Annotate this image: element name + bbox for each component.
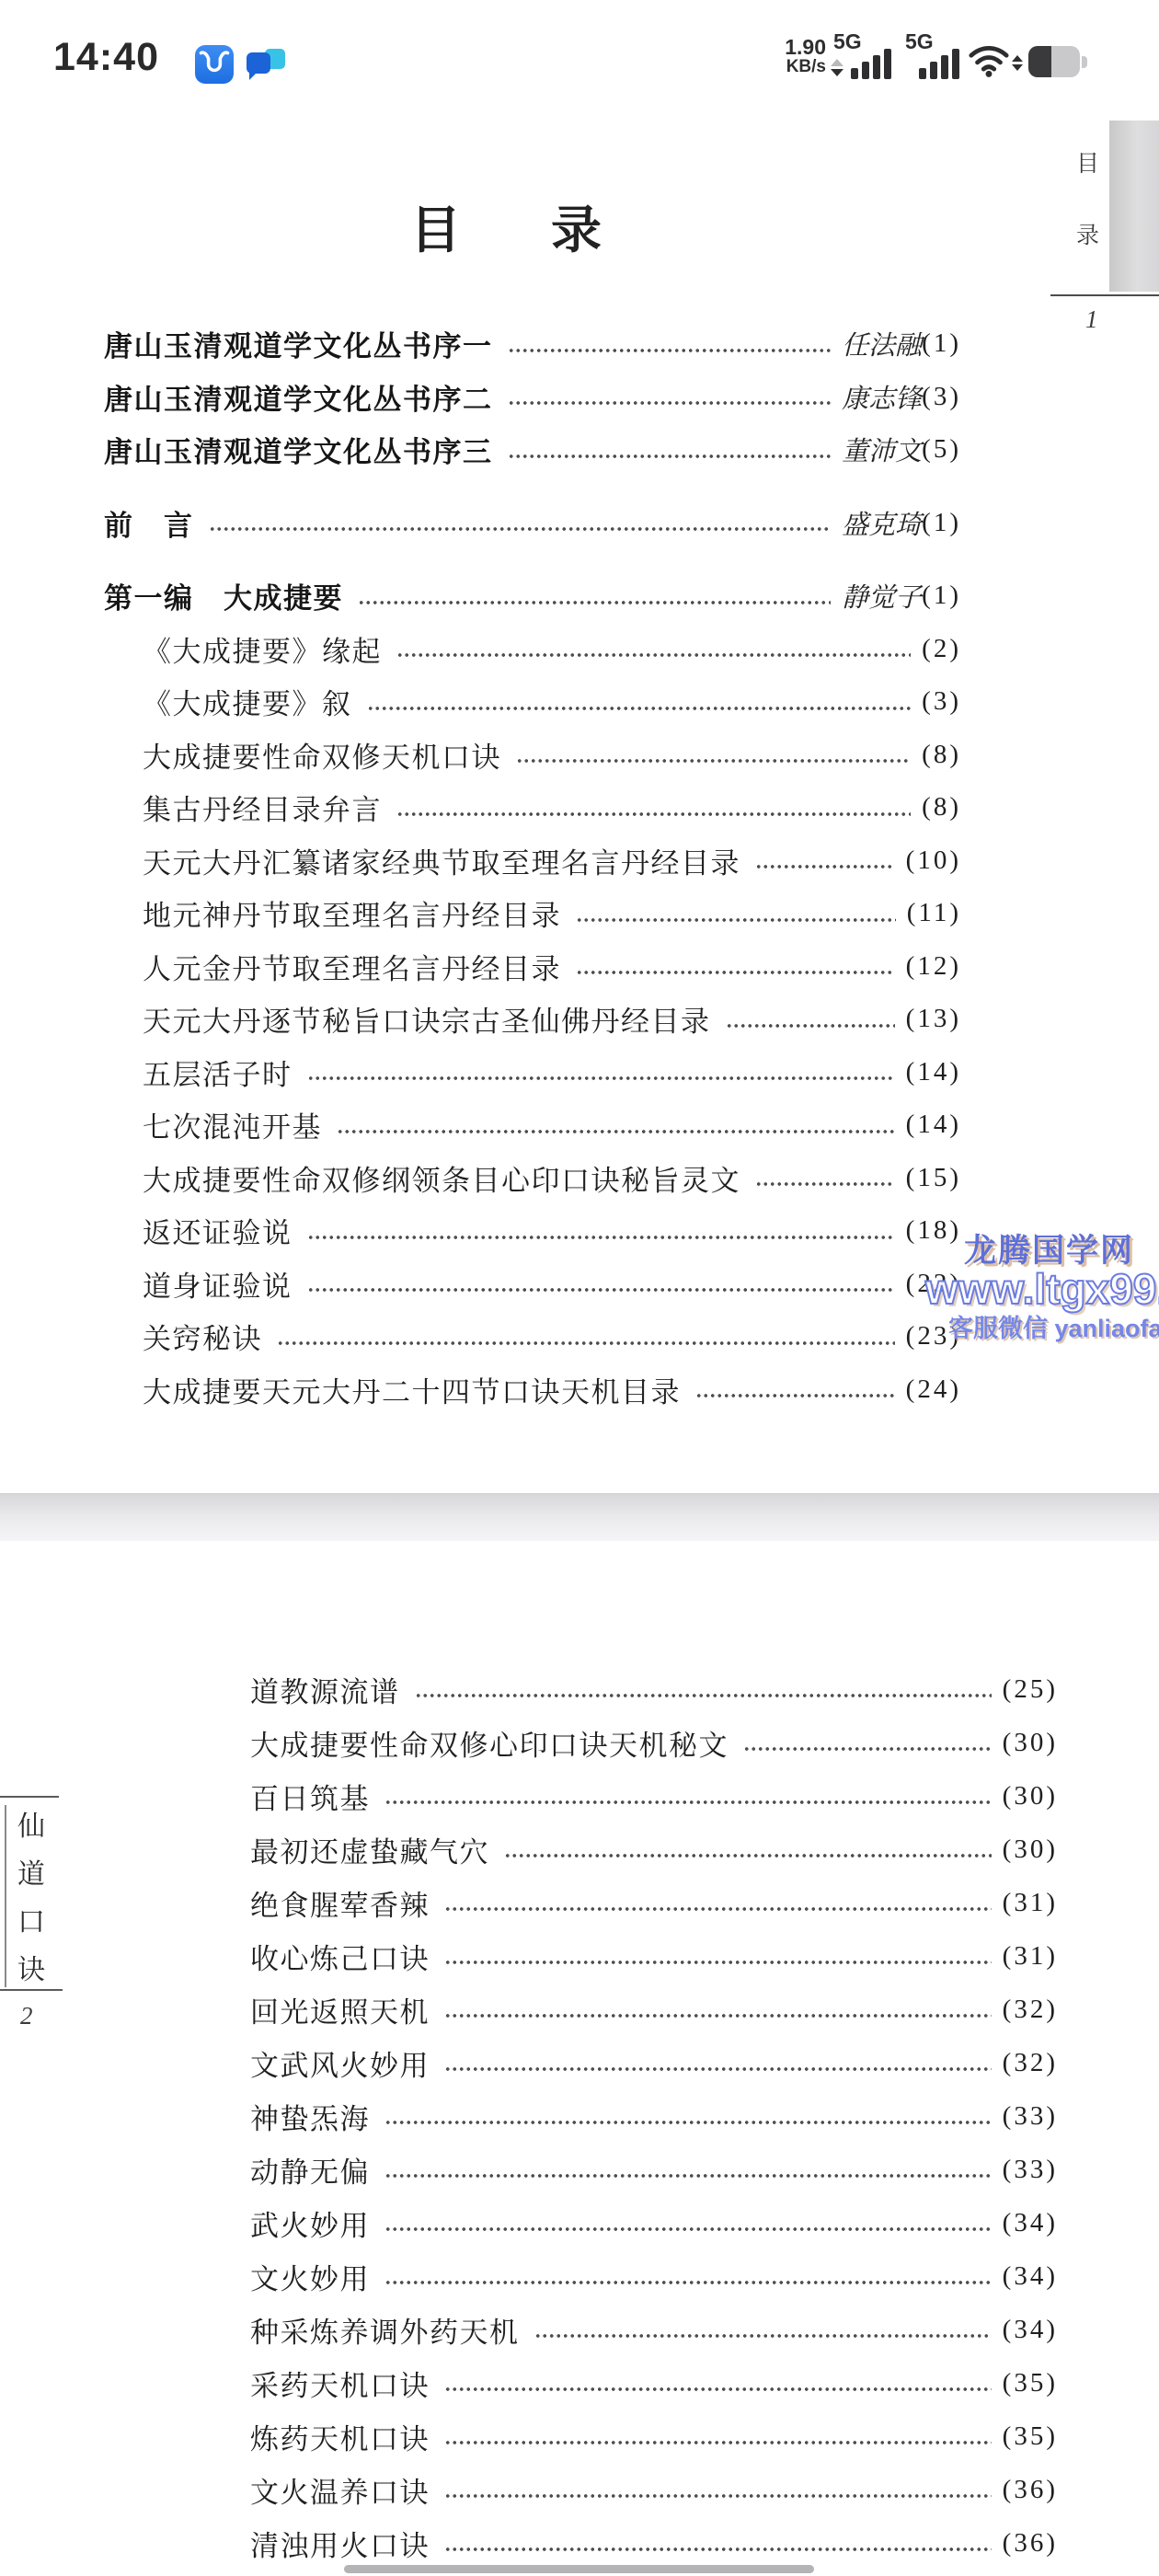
toc-entry-title: 炼药天机口诀 — [250, 2416, 430, 2457]
left-tab-vertical-rule — [5, 1805, 6, 1987]
dotted-leader — [383, 2226, 992, 2232]
toc-entry-author: 静觉子 — [842, 577, 922, 615]
toc-entry[interactable]: 大成捷要性命双修纲领条目心印口诀秘旨灵文 (15) — [104, 1152, 961, 1205]
toc-entry[interactable]: 天元大丹汇纂诸家经典节取至理名言丹经目录 (10) — [104, 834, 961, 888]
toc-entry-page-number: (30) — [1003, 1834, 1058, 1865]
network-speed-value: 1.90 — [762, 37, 826, 58]
toc-entry-author: 任法融 — [842, 325, 922, 362]
toc-entry-title: 采药天机口诀 — [250, 2363, 430, 2404]
page-title: 目 录 — [410, 190, 602, 262]
toc-entry[interactable]: 回光返照天机 (32) — [250, 1983, 1058, 2036]
watermark-wechat-contact: 客服微信 yanliaofan225 — [948, 1308, 1159, 1344]
dotted-leader — [275, 1340, 895, 1346]
dotted-leader — [442, 2493, 992, 2499]
scan-shadow-strip — [1109, 121, 1159, 292]
page-divider — [0, 1493, 1159, 1541]
toc-entry-page-number: (34) — [1003, 2261, 1058, 2292]
left-tab-char-2: 道 — [17, 1851, 45, 1892]
scroll-indicator[interactable] — [344, 2565, 814, 2573]
toc-entry-title: 七次混沌开基 — [143, 1104, 322, 1145]
toc-entry-page-number: (3) — [922, 382, 961, 412]
toc-entry-page-number: (24) — [906, 1374, 961, 1405]
right-tab-rule — [1050, 294, 1159, 296]
sim1-signal-bars-icon — [851, 48, 891, 79]
toc-entry[interactable]: 七次混沌开基 (14) — [104, 1098, 961, 1152]
left-tab-rule-bottom — [0, 1989, 63, 1991]
toc-entry-page-number: (3) — [922, 686, 961, 717]
battery-icon — [1028, 46, 1080, 77]
right-tab-char-2: 录 — [1076, 217, 1099, 250]
dotted-leader — [506, 400, 832, 406]
title-char-mu: 目 — [410, 190, 461, 262]
dotted-leader — [365, 706, 912, 711]
toc-entry-title: 神蛰炁海 — [250, 2096, 370, 2137]
toc-entry-title: 动静无偏 — [250, 2149, 370, 2191]
toc-entry-title: 收心炼己口诀 — [250, 1936, 430, 1977]
toc-entry-title: 返还证验说 — [143, 1210, 293, 1251]
dotted-leader — [502, 1853, 992, 1858]
sim2-signal-bars-icon — [919, 48, 959, 79]
toc-entry[interactable]: 地元神丹节取至理名言丹经目录 (11) — [104, 887, 961, 940]
toc-entry-page-number: (35) — [1003, 2368, 1058, 2398]
left-tab-label: 仙 道 口 诀 — [17, 1803, 45, 1987]
toc-entry[interactable]: 《大成捷要》叙 (3) — [104, 675, 961, 729]
toc-entry[interactable]: 大成捷要性命双修心印口诀天机秘文 (30) — [250, 1716, 1058, 1769]
toc-entry[interactable]: 唐山玉清观道学文化丛书序三 董沛文 (5) — [104, 423, 961, 477]
toc-entry-title: 《大成捷要》叙 — [143, 681, 352, 722]
toc-entry-page-number: (18) — [906, 1215, 961, 1246]
toc-entry[interactable]: 百日筑基 (30) — [250, 1769, 1058, 1823]
title-char-lu: 录 — [551, 190, 602, 262]
toc-entry-title: 武火妙用 — [250, 2202, 370, 2244]
toc-entry-page-number: (1) — [922, 581, 961, 611]
toc-entry-title: 唐山玉清观道学文化丛书序三 — [104, 429, 493, 470]
ox-glyph — [199, 49, 230, 80]
dotted-leader — [305, 1075, 895, 1081]
toc-entry[interactable]: 唐山玉清观道学文化丛书序一 任法融 (1) — [104, 317, 961, 371]
toc-entry-title: 绝食腥荤香辣 — [250, 1882, 430, 1924]
toc-entry-title: 文火温养口诀 — [250, 2469, 430, 2511]
dotted-leader — [383, 2120, 992, 2125]
dotted-leader — [383, 2173, 992, 2179]
network-speed: 1.90 KB/s — [762, 37, 826, 75]
left-tab-char-1: 仙 — [17, 1803, 45, 1844]
up-arrow-icon — [1012, 55, 1023, 62]
toc-entry[interactable]: 关窍秘诀 (23) — [104, 1310, 961, 1363]
up-arrow-icon — [831, 59, 843, 66]
toc-entry-title: 道身证验说 — [143, 1263, 293, 1305]
dotted-leader — [442, 2013, 992, 2018]
dotted-leader — [506, 348, 832, 353]
toc-entry-page-number: (15) — [906, 1163, 961, 1193]
toc-entry[interactable]: 最初还虚蛰藏气穴 (30) — [250, 1823, 1058, 1876]
toc-entry[interactable]: 收心炼己口诀 (31) — [250, 1929, 1058, 1983]
toc-entry-page-number: (30) — [1003, 1781, 1058, 1811]
toc-entry[interactable]: 武火妙用 (34) — [250, 2196, 1058, 2249]
left-tab-char-4: 诀 — [17, 1947, 45, 1987]
toc-entry-title: 第一编 大成捷要 — [104, 575, 343, 616]
dotted-leader — [574, 917, 896, 923]
toc-entry-title: 大成捷要天元大丹二十四节口诀天机目录 — [143, 1369, 681, 1410]
toc-entry[interactable]: 返还证验说 (18) — [104, 1204, 961, 1258]
dotted-leader — [305, 1235, 895, 1240]
network-speed-unit: KB/s — [762, 58, 826, 75]
ox-app-icon — [195, 45, 234, 84]
wifi-icon — [968, 42, 1010, 79]
toc-entry-title: 天元大丹汇纂诸家经典节取至理名言丹经目录 — [143, 840, 740, 881]
left-tab-page-number: 2 — [20, 2002, 33, 2030]
toc-entry-page-number: (33) — [1003, 2155, 1058, 2185]
toc-entry-page-number: (33) — [1003, 2101, 1058, 2132]
toc-entry-page-number: (25) — [1003, 1674, 1058, 1705]
toc-entry-title: 五层活子时 — [143, 1052, 293, 1093]
toc-entry[interactable]: 神蛰炁海 (33) — [250, 2089, 1058, 2143]
toc-entry-page-number: (5) — [922, 434, 961, 465]
toc-entry[interactable]: 种采炼养调外药天机 (34) — [250, 2303, 1058, 2356]
toc-entry-page-number: (31) — [1003, 1941, 1058, 1972]
dotted-leader — [724, 1023, 895, 1029]
toc-entry[interactable]: 文火妙用 (34) — [250, 2249, 1058, 2303]
dotted-leader — [207, 526, 832, 532]
clock: 14:40 — [53, 35, 159, 80]
toc-entry[interactable]: 炼药天机口诀 (35) — [250, 2409, 1058, 2463]
toc-entry-title: 天元大丹逐节秘旨口诀宗古圣仙佛丹经目录 — [143, 998, 711, 1040]
dotted-leader — [741, 1746, 992, 1752]
toc-entry[interactable]: 文火温养口诀 (36) — [250, 2463, 1058, 2516]
toc-entry-page-number: (14) — [906, 1057, 961, 1087]
dotted-leader — [442, 1960, 992, 1965]
right-tab-char-1: 目 — [1076, 145, 1099, 178]
dotted-leader — [413, 1693, 992, 1698]
dotted-leader — [442, 2066, 992, 2072]
wifi-updown-arrows-icon — [1012, 55, 1023, 71]
toc-entry-title: 唐山玉清观道学文化丛书序二 — [104, 376, 493, 418]
dotted-leader — [335, 1129, 895, 1134]
toc-entry[interactable]: 唐山玉清观道学文化丛书序二 康志锋 (3) — [104, 371, 961, 424]
dotted-leader — [574, 970, 895, 975]
toc-entry-title: 最初还虚蛰藏气穴 — [250, 1829, 489, 1870]
toc-entry-page-number: (34) — [1003, 2315, 1058, 2345]
toc-entry[interactable]: 采药天机口诀 (35) — [250, 2356, 1058, 2409]
watermark-site-url: www.ltgx99.com — [925, 1264, 1159, 1314]
toc-entry-page-number: (30) — [1003, 1728, 1058, 1758]
toc-entry[interactable]: 动静无偏 (33) — [250, 2143, 1058, 2196]
toc-entry-page-number: (35) — [1003, 2421, 1058, 2452]
dotted-leader — [395, 652, 911, 658]
toc-entry[interactable]: 人元金丹节取至理名言丹经目录 (12) — [104, 940, 961, 994]
toc-entry-author: 康志锋 — [842, 378, 922, 416]
toc-entry-title: 地元神丹节取至理名言丹经目录 — [143, 892, 561, 934]
toc-entry-title: 《大成捷要》缘起 — [143, 628, 382, 670]
toc-entry-title: 集古丹经目录弁言 — [143, 787, 382, 828]
toc-entry[interactable]: 《大成捷要》缘起 (2) — [104, 623, 961, 676]
dotted-leader — [383, 2280, 992, 2285]
left-tab-rule-top — [0, 1796, 59, 1798]
toc-entry[interactable]: 清浊用火口诀 (36) — [250, 2516, 1058, 2570]
toc-entry[interactable]: 道教源流谱 (25) — [250, 1662, 1058, 1716]
toc-entry-author: 董沛文 — [842, 431, 922, 468]
toc-entry-page-number: (2) — [922, 634, 961, 664]
battery-nub — [1082, 56, 1087, 68]
toc-entry-title: 道教源流谱 — [250, 1669, 400, 1710]
toc-entry-page-number: (8) — [922, 792, 961, 822]
dotted-leader — [356, 600, 831, 605]
toc-entry-title: 清浊用火口诀 — [250, 2523, 430, 2564]
toc-entry[interactable]: 第一编 大成捷要 静觉子 (1) — [104, 569, 961, 623]
phone-screen: 14:40 1.90 KB/s 5G — [0, 0, 1159, 2576]
toc-entry[interactable]: 文武风火妙用 (32) — [250, 2036, 1058, 2089]
dotted-leader — [305, 1287, 895, 1293]
dotted-leader — [442, 2440, 992, 2445]
toc-entry-title: 唐山玉清观道学文化丛书序一 — [104, 323, 493, 364]
dotted-leader — [514, 758, 911, 764]
toc-list-page2: 道教源流谱 (25) 大成捷要性命双修心印口诀天机秘文 (30) 百日筑基 (3… — [250, 1662, 1058, 2570]
dotted-leader — [506, 454, 832, 459]
dotted-leader — [694, 1393, 895, 1398]
toc-entry-title: 大成捷要性命双修纲领条目心印口诀秘旨灵文 — [143, 1157, 740, 1199]
toc-list-page1: 唐山玉清观道学文化丛书序一 任法融 (1) 唐山玉清观道学文化丛书序二 康志锋 … — [104, 317, 961, 1416]
toc-entry-title: 百日筑基 — [250, 1776, 370, 1817]
toc-entry-page-number: (11) — [907, 898, 961, 928]
chat-app-icon — [247, 49, 285, 84]
chat-bubble-tail — [249, 72, 258, 80]
toc-entry-title: 关窍秘诀 — [143, 1316, 262, 1357]
battery-fill — [1028, 46, 1051, 77]
down-arrow-icon — [1012, 64, 1023, 71]
toc-entry-title: 文火妙用 — [250, 2256, 370, 2297]
toc-entry-page-number: (32) — [1003, 1995, 1058, 2025]
toc-entry-page-number: (14) — [906, 1110, 961, 1140]
toc-entry[interactable]: 大成捷要性命双修天机口诀 (8) — [104, 729, 961, 782]
toc-entry-page-number: (13) — [906, 1004, 961, 1034]
toc-entry-title: 回光返照天机 — [250, 1989, 430, 2030]
down-arrow-icon — [831, 69, 843, 76]
left-tab-char-3: 口 — [17, 1899, 45, 1939]
dotted-leader — [442, 1906, 992, 1912]
chat-bubble-front — [247, 52, 270, 74]
dotted-leader — [533, 2333, 992, 2339]
toc-entry[interactable]: 大成捷要天元大丹二十四节口诀天机目录 (24) — [104, 1363, 961, 1417]
toc-entry-title: 大成捷要性命双修天机口诀 — [143, 734, 501, 776]
toc-entry-author: 盛克琦 — [842, 504, 922, 542]
toc-entry-page-number: (36) — [1003, 2475, 1058, 2505]
toc-entry[interactable]: 集古丹经目录弁言 (8) — [104, 781, 961, 834]
toc-entry-title: 人元金丹节取至理名言丹经目录 — [143, 946, 561, 987]
toc-entry-page-number: (36) — [1003, 2528, 1058, 2559]
toc-entry[interactable]: 五层活子时 (14) — [104, 1046, 961, 1099]
toc-entry[interactable]: 道身证验说 (22) — [104, 1258, 961, 1311]
toc-entry-page-number: (8) — [922, 740, 961, 770]
dotted-leader — [383, 1800, 992, 1805]
toc-entry-page-number: (10) — [906, 845, 961, 876]
toc-entry[interactable]: 绝食腥荤香辣 (31) — [250, 1876, 1058, 1929]
toc-entry-title: 文武风火妙用 — [250, 2042, 430, 2084]
toc-entry-page-number: (1) — [922, 328, 961, 359]
toc-entry-page-number: (31) — [1003, 1888, 1058, 1918]
status-bar: 14:40 1.90 KB/s 5G — [0, 0, 1159, 92]
right-tab-page-number: 1 — [1085, 305, 1098, 334]
updown-arrows-icon — [831, 59, 843, 76]
toc-entry-title: 大成捷要性命双修心印口诀天机秘文 — [250, 1722, 729, 1764]
toc-entry-title: 前 言 — [104, 502, 194, 544]
toc-entry-page-number: (1) — [922, 508, 961, 538]
dotted-leader — [753, 1181, 895, 1187]
toc-entry[interactable]: 天元大丹逐节秘旨口诀宗古圣仙佛丹经目录 (13) — [104, 993, 961, 1046]
dotted-leader — [753, 864, 895, 869]
dotted-leader — [442, 2547, 992, 2552]
toc-entry-page-number: (34) — [1003, 2208, 1058, 2238]
toc-entry-title: 种采炼养调外药天机 — [250, 2309, 520, 2351]
dotted-leader — [395, 811, 911, 817]
toc-entry-page-number: (32) — [1003, 2048, 1058, 2078]
toc-entry[interactable]: 前 言 盛克琦 (1) — [104, 497, 961, 550]
dotted-leader — [442, 2386, 992, 2392]
toc-entry-page-number: (12) — [906, 951, 961, 982]
